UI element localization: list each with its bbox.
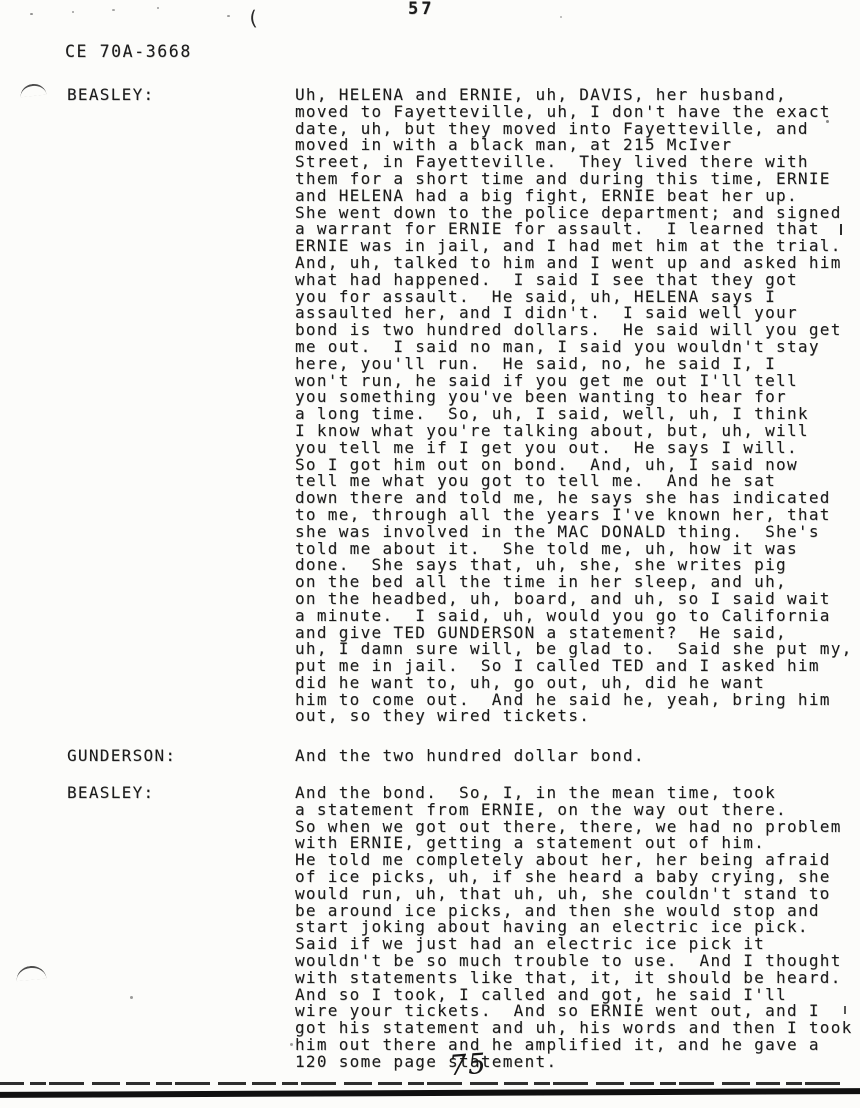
stray-pen-mark: (: [246, 6, 260, 31]
handwritten-arc-mark: [19, 83, 46, 98]
speech-text: And the two hundred dollar bond.: [295, 748, 857, 765]
speaker-label: BEASLEY:: [67, 87, 295, 104]
ink-speck: [227, 15, 230, 17]
transcript-entry: BEASLEY: And the bond. So, I, in the mea…: [67, 785, 857, 1071]
dashed-separator-line: [0, 1082, 846, 1085]
scanned-transcript-page: 57 ( CE 70A-3668 BEASLEY: Uh, HELENA and…: [0, 0, 860, 1108]
bottom-scan-bar: [0, 1088, 860, 1098]
page-number: 57: [408, 0, 434, 19]
speaker-label: GUNDERSON:: [67, 748, 295, 765]
speech-text: And the bond. So, I, in the mean time, t…: [295, 785, 857, 1071]
speaker-label: BEASLEY:: [67, 785, 295, 802]
transcript: BEASLEY: Uh, HELENA and ERNIE, uh, DAVIS…: [67, 87, 857, 1071]
handwritten-arc-mark: [15, 965, 46, 982]
ink-speck: [30, 13, 33, 15]
transcript-entry: BEASLEY: Uh, HELENA and ERNIE, uh, DAVIS…: [67, 87, 857, 725]
speech-text: Uh, HELENA and ERNIE, uh, DAVIS, her hus…: [295, 87, 857, 725]
ink-speck: [112, 9, 115, 11]
transcript-entry: GUNDERSON: And the two hundred dollar bo…: [67, 748, 857, 765]
handwritten-page-number: 75: [448, 1047, 488, 1083]
ink-speck: [157, 7, 159, 9]
ink-speck: [72, 11, 74, 13]
ink-speck: [560, 16, 562, 18]
document-id: CE 70A-3668: [65, 42, 192, 61]
